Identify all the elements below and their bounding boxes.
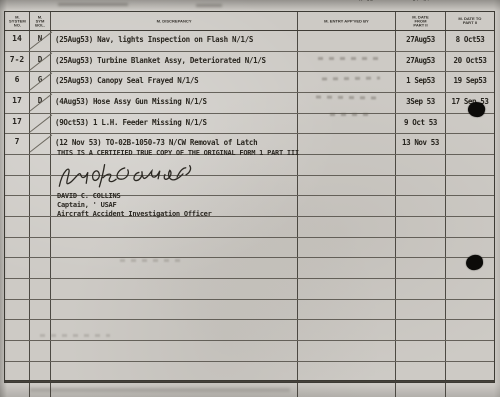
entry-approved-cell <box>298 176 396 196</box>
scan-noise <box>196 4 222 7</box>
system-no-cell <box>5 320 30 340</box>
date-from-cell: 13 Nov 53 <box>396 134 446 154</box>
symbol-cell: D <box>30 93 51 113</box>
scan-noise <box>58 3 128 6</box>
header-entry-approved-by: M. ENTRY APP'VED BY <box>298 12 396 30</box>
header-date-to: M. DATE TO PART II <box>446 12 494 30</box>
symbol-cell <box>30 176 51 196</box>
date-from-cell: 9 Oct 53 <box>396 114 446 134</box>
date-to-cell: 20 Oct53 <box>446 52 494 72</box>
table-row: 17 (9Oct53) 1 L.H. Feeder Missing N/1/S … <box>5 114 494 135</box>
symbol-cell <box>30 341 51 361</box>
system-no-cell <box>5 155 30 175</box>
entry-approved-cell <box>298 52 396 72</box>
system-no-cell <box>5 176 30 196</box>
symbol-cell: N <box>30 31 51 51</box>
entry-approved-cell <box>298 196 396 216</box>
entry-approved-cell <box>298 114 396 134</box>
table-row <box>5 300 494 321</box>
date-to-cell <box>446 341 494 361</box>
discrepancy-cell: (4Aug53) Hose Assy Gun Missing N/1/S <box>51 93 298 113</box>
date-to-cell <box>446 362 494 382</box>
date-to-cell <box>446 114 494 134</box>
system-no-cell: 17 <box>5 93 30 113</box>
entry-approved-cell <box>298 300 396 320</box>
date-from-cell <box>396 238 446 258</box>
table-row <box>5 320 494 341</box>
date-from-cell <box>396 258 446 278</box>
date-from-cell <box>396 362 446 382</box>
typed-name: DAVID C. COLLINS <box>57 192 120 200</box>
discrepancy-cell <box>51 217 298 237</box>
entry-approved-cell <box>298 31 396 51</box>
date-to-cell <box>446 382 494 397</box>
table-row: 14 N (25Aug53) Nav, lights Inspection on… <box>5 31 494 52</box>
table-row <box>5 217 494 238</box>
symbol-cell <box>30 114 51 134</box>
date-from-cell: 27Aug53 <box>396 52 446 72</box>
entry-approved-cell <box>298 134 396 154</box>
date-to-cell <box>446 196 494 216</box>
faded-signature-smudge <box>318 57 382 60</box>
discrepancy-cell: (25Aug53) Nav, lights Inspection on Flas… <box>51 31 298 51</box>
entry-approved-cell <box>298 155 396 175</box>
date-from-cell <box>396 382 446 397</box>
certification-statement: THIS IS A CERTIFIED TRUE COPY OF THE ORI… <box>57 149 299 157</box>
entry-approved-cell <box>298 72 396 92</box>
table-row <box>5 238 494 259</box>
date-to-cell <box>446 300 494 320</box>
system-no-cell <box>5 279 30 299</box>
date-from-cell <box>396 176 446 196</box>
system-no-cell: 7 <box>5 134 30 154</box>
system-no-cell <box>5 196 30 216</box>
discrepancy-cell <box>51 362 298 382</box>
cleared-slash-mark <box>30 114 53 132</box>
date-to-cell <box>446 279 494 299</box>
symbol-cell <box>30 196 51 216</box>
header-system-no: M. SYSTEM NO. <box>5 12 30 30</box>
scanned-form-page: A-16-····-· ·· U. S. ········ ········ M… <box>0 0 500 397</box>
table-header-row: M. SYSTEM NO. M. SYM BOL. M. DISCREPANCY… <box>5 12 494 31</box>
entry-approved-cell <box>298 258 396 278</box>
discrepancy-cell: (9Oct53) 1 L.H. Feeder Missing N/1/S <box>51 114 298 134</box>
symbol-cell <box>30 300 51 320</box>
table-row <box>5 362 494 383</box>
table-row <box>5 279 494 300</box>
date-to-cell: 19 Sep53 <box>446 72 494 92</box>
system-no-cell <box>5 258 30 278</box>
symbol-cell <box>30 217 51 237</box>
date-from-cell <box>396 155 446 175</box>
date-from-cell <box>396 217 446 237</box>
date-from-cell: 3Sep 53 <box>396 93 446 113</box>
table-row: 6 G (25Aug53) Canopy Seal Frayed N/1/S 1… <box>5 72 494 93</box>
discrepancy-cell <box>51 300 298 320</box>
header-discrepancy: M. DISCREPANCY <box>51 12 298 30</box>
symbol-cell <box>30 362 51 382</box>
date-from-cell <box>396 341 446 361</box>
date-from-cell <box>396 279 446 299</box>
entry-approved-cell <box>298 279 396 299</box>
symbol-cell <box>30 134 51 154</box>
system-no-cell <box>5 362 30 382</box>
date-from-cell <box>396 300 446 320</box>
date-to-cell <box>446 217 494 237</box>
faded-signature-smudge <box>330 113 374 116</box>
date-to-cell <box>446 320 494 340</box>
date-to-cell <box>446 238 494 258</box>
table-row: 17 D (4Aug53) Hose Assy Gun Missing N/1/… <box>5 93 494 114</box>
system-no-cell <box>5 382 30 397</box>
date-from-cell: 1 Sep53 <box>396 72 446 92</box>
handwritten-signature <box>52 158 193 195</box>
entry-approved-cell <box>298 238 396 258</box>
form-number-note: A-16-····-· ·· U. S. ········ ········ <box>359 0 494 2</box>
entry-approved-cell <box>298 217 396 237</box>
system-no-cell: 7-2 <box>5 52 30 72</box>
symbol-cell <box>30 279 51 299</box>
entry-approved-cell <box>298 320 396 340</box>
system-no-cell <box>5 238 30 258</box>
date-from-cell <box>396 320 446 340</box>
symbol-cell <box>30 238 51 258</box>
system-no-cell <box>5 341 30 361</box>
symbol-cell <box>30 258 51 278</box>
typed-title: Aircraft Accident Investigation Officer <box>57 210 212 218</box>
discrepancy-cell: (25Aug53) Turbine Blanket Assy, Deterior… <box>51 52 298 72</box>
system-no-cell <box>5 217 30 237</box>
discrepancy-cell <box>51 341 298 361</box>
date-from-cell: 27Aug53 <box>396 31 446 51</box>
symbol-cell: D <box>30 52 51 72</box>
system-no-cell: 14 <box>5 31 30 51</box>
discrepancy-cell <box>51 238 298 258</box>
cleared-slash-mark <box>30 135 53 153</box>
symbol-cell: G <box>30 72 51 92</box>
discrepancy-cell: (25Aug53) Canopy Seal Frayed N/1/S <box>51 72 298 92</box>
header-date-from: M. DATE FROM PART II <box>396 12 446 30</box>
system-no-cell: 6 <box>5 72 30 92</box>
discrepancy-cell <box>51 279 298 299</box>
entry-approved-cell <box>298 341 396 361</box>
system-no-cell <box>5 300 30 320</box>
date-to-cell <box>446 176 494 196</box>
header-symbol: M. SYM BOL. <box>30 12 51 30</box>
table-row: 7-2 D (25Aug53) Turbine Blanket Assy, De… <box>5 52 494 73</box>
table-row <box>5 341 494 362</box>
system-no-cell: 17 <box>5 114 30 134</box>
symbol-cell <box>30 155 51 175</box>
date-to-cell: 8 Oct53 <box>446 31 494 51</box>
typed-rank: Captain, ' USAF <box>57 201 116 209</box>
date-from-cell <box>396 196 446 216</box>
pencil-smudge <box>120 259 180 262</box>
date-to-cell <box>446 155 494 175</box>
entry-approved-cell <box>298 362 396 382</box>
table-row <box>5 258 494 279</box>
date-to-cell <box>446 134 494 154</box>
entry-approved-cell <box>298 382 396 397</box>
pencil-smudge <box>40 334 110 337</box>
scan-noise <box>30 388 290 392</box>
